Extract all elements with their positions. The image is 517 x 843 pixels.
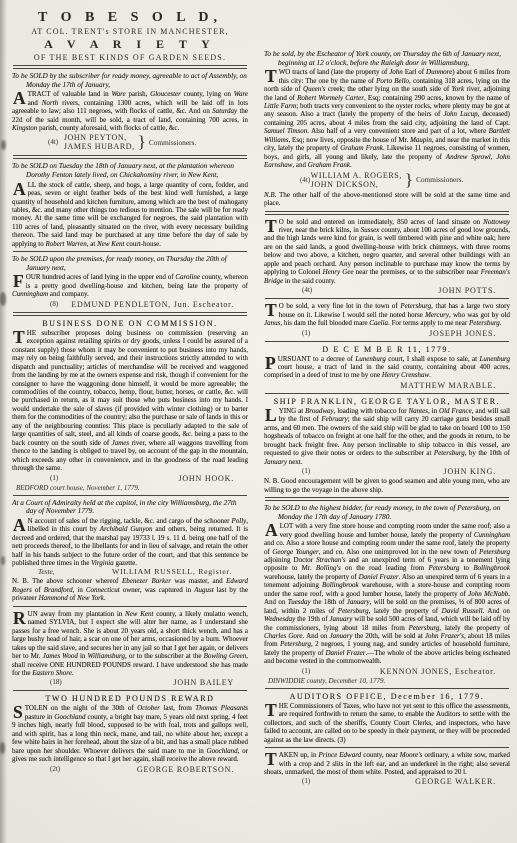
section-divider	[265, 497, 509, 501]
signature-line: MATTHEW MARABLE.	[264, 380, 510, 390]
ad-body: TAKEN up, in Prince Edward county, near …	[264, 751, 510, 776]
ad-text: LL the stock of cattle, sheep, and hogs,…	[12, 181, 248, 248]
newspaper-page: T O B E S O L D, AT COL. TRENT's STORE I…	[0, 0, 517, 843]
ad-text: HE Commissioners of Taxes, who have not …	[264, 702, 510, 744]
dateline: DINWIDDIE county, December 10, 1779.	[264, 677, 510, 685]
left-column: T O B E S O L D, AT COL. TRENT's STORE I…	[12, 6, 248, 787]
signature-name: GEORGE WALKER.	[415, 777, 496, 786]
section-divider	[265, 393, 509, 394]
ink-smudge	[0, 742, 5, 754]
ad-ship-franklin: SHIP FRANKLIN, GEORGE TAYLOR, MASTER. LY…	[264, 397, 510, 494]
signature-name: JOHN BAILEY	[173, 678, 234, 687]
signature-line: (2t) GEORGE ROBERTSON.	[12, 764, 248, 774]
ad-intro: To be SOLD on Tuesday the 18th of Januar…	[12, 162, 248, 179]
ad-body: PURSUANT to a decree of Lunenburg court,…	[264, 355, 510, 380]
ad-heading: AUDITORS OFFICE, December 16, 1779.	[264, 692, 510, 701]
signature-name: JAMES HUBARD,	[64, 142, 135, 151]
section-divider	[13, 606, 247, 607]
section-divider	[13, 690, 247, 691]
signature-name: EDMUND PENDLETON, Jun. Escheator.	[71, 300, 234, 309]
ad-york-escheator: To be sold, by the Escheator of York cou…	[264, 50, 510, 208]
ad-gloucester-land: To be SOLD by the subscriber for ready m…	[12, 72, 248, 152]
ad-intro: To be SOLD to the highest bidder, for re…	[264, 504, 510, 521]
ad-body: LYING at Broadway, loading with tobacco …	[264, 407, 510, 466]
signature-line: (1) GEORGE WALKER.	[264, 776, 510, 786]
ink-smudge	[1, 556, 5, 565]
signature-name: JOHN DICKSON,	[311, 180, 379, 189]
ad-lunenburg-decree: D E C E M B E R 11, 1779. PURSUANT to a …	[264, 345, 510, 390]
insertion-mark: (1)	[302, 467, 310, 475]
section-divider	[265, 211, 509, 215]
ad-text: UN away from my plantation in New Kent c…	[12, 610, 248, 677]
signature-name: JOHN HOOK.	[178, 474, 234, 483]
insertion-mark: (1)	[302, 667, 310, 675]
drop-cap: T	[12, 329, 27, 345]
signature-line: (4t) JOHN POTTS.	[264, 285, 510, 295]
teste-line: Teste, WILLIAM RUSSELL, Register.	[12, 567, 248, 576]
drop-cap: S	[12, 704, 25, 720]
register-name: WILLIAM RUSSELL, Register.	[112, 567, 232, 576]
ad-body: TO be sold, a very fine lot in the town …	[264, 302, 510, 327]
signature-commissioners: (4t) WILLIAM A. ROGERS, JOHN DICKSON, } …	[264, 170, 510, 190]
columns: T O B E S O L D, AT COL. TRENT's STORE I…	[0, 0, 517, 787]
drop-cap: A	[12, 181, 28, 197]
signature-name: GEORGE ROBERTSON.	[137, 765, 234, 774]
signature-name: KENNON JONES, Escheator.	[380, 667, 496, 676]
insertion-mark: (1)	[302, 777, 310, 785]
brace-glyph: }	[138, 135, 146, 149]
drop-cap: T	[264, 218, 279, 234]
ad-taken-up-sow: TAKEN up, in Prince Edward county, near …	[264, 751, 510, 786]
teste-label: Teste,	[38, 567, 55, 576]
signature-line: (8) EDMUND PENDLETON, Jun. Escheator.	[12, 299, 248, 309]
signature-commissioners: (4t) JOHN PEYTON, JAMES HUBARD, } Commis…	[12, 132, 248, 152]
ad-text: OUR hundred acres of land lying in the u…	[12, 273, 248, 298]
ad-body: ALL the stock of cattle, sheep, and hogs…	[12, 181, 248, 249]
signature-line: (1) JOSEPH JONES.	[264, 328, 510, 338]
ad-text: YING at Broadway, loading with tobacco f…	[264, 407, 510, 466]
section-divider	[13, 65, 247, 69]
signature-role: Commissioners.	[416, 175, 463, 184]
ad-fenton-plantation: To be SOLD on Tuesday the 18th of Januar…	[12, 162, 248, 248]
drop-cap: T	[264, 302, 279, 318]
ad-heading: SHIP FRANKLIN, GEORGE TAYLOR, MASTER.	[264, 397, 510, 406]
ad-text: TOLEN on the night of the 30th of Octobe…	[12, 704, 248, 763]
drop-cap: A	[12, 90, 28, 106]
drop-cap: R	[12, 610, 28, 626]
ad-admiralty-court: At a Court of Admiralty held at the capi…	[12, 499, 248, 603]
signature-names: JOHN PEYTON, JAMES HUBARD,	[64, 133, 135, 151]
ad-text: O be sold and entered on immediately, 85…	[264, 218, 510, 285]
ad-auditors-office: AUDITORS OFFICE, December 16, 1779. THE …	[264, 692, 510, 744]
ad-text: TRACT of valuable land in Ware parish, G…	[12, 90, 248, 132]
masthead-variety: A V A R I E T Y	[12, 37, 248, 52]
masthead-title: T O B E S O L D,	[12, 10, 248, 26]
ad-text: WO tracts of land (late the property of …	[264, 68, 510, 169]
signature-line: (1) JOHN KING.	[264, 466, 510, 476]
ad-text: O be sold, a very fine lot in the town o…	[264, 302, 510, 327]
masthead-garden-seeds: T O B E S O L D, AT COL. TRENT's STORE I…	[12, 10, 248, 62]
masthead-kinds: OF THE BEST KINDS OF GARDEN SEEDS.	[12, 53, 248, 62]
insertion-mark: (8)	[50, 300, 58, 308]
right-column: To be sold, by the Escheator of York cou…	[264, 6, 510, 787]
ad-petersburg-lot: TO be sold, a very fine lot in the town …	[264, 302, 510, 337]
signature-names: WILLIAM A. ROGERS, JOHN DICKSON,	[311, 171, 402, 189]
dateline: BEDFORD court house, November 1, 1779.	[12, 484, 248, 492]
drop-cap: F	[12, 273, 26, 289]
signature-name: JOHN POTTS.	[438, 286, 496, 295]
insertion-mark: (18)	[50, 678, 62, 686]
section-divider	[265, 298, 509, 299]
ad-heading: TWO HUNDRED POUNDS REWARD	[12, 694, 248, 703]
ad-text: LOT with a very fine store house and com…	[264, 522, 510, 665]
drop-cap: A	[264, 522, 280, 538]
masthead-subtitle: AT COL. TRENT's STORE IN MANCHESTER,	[12, 27, 248, 36]
ad-sussex-land: TO be sold and entered on immediately, 8…	[264, 218, 510, 296]
signature-name: MATTHEW MARABLE.	[400, 381, 496, 390]
ad-intro: At a Court of Admiralty held at the capi…	[12, 499, 248, 516]
section-divider	[265, 688, 509, 689]
ad-text: AKEN up, in Prince Edward county, near M…	[264, 751, 510, 776]
insertion-mark: (2t)	[50, 765, 60, 773]
signature-line: (1) JOHN HOOK.	[12, 473, 248, 483]
ad-caroline-land: To be SOLD upon the premises, for ready …	[12, 255, 248, 309]
section-divider	[265, 341, 509, 342]
ad-heading: BUSINESS DONE ON COMMISSION.	[12, 319, 248, 328]
insertion-mark: (1)	[50, 474, 58, 482]
ad-text: HE subscriber proposes doing business on…	[12, 329, 248, 472]
insertion-mark: (4t)	[300, 176, 310, 184]
ad-stolen-mare: TWO HUNDRED POUNDS REWARD STOLEN on the …	[12, 694, 248, 773]
drop-cap: T	[264, 702, 279, 718]
insertion-mark: (1)	[302, 329, 310, 337]
ad-body: THE Commissioners of Taxes, who have not…	[264, 702, 510, 744]
drop-cap: T	[264, 68, 279, 84]
signature-line: (18) JOHN BAILEY	[12, 677, 248, 687]
ad-runaway-sylvia: RUN away from my plantation in New Kent …	[12, 610, 248, 688]
ad-heading: D E C E M B E R 11, 1779.	[264, 345, 510, 354]
ad-text: URSUANT to a decree of Lunenburg court, …	[264, 355, 510, 380]
ad-intro: To be SOLD upon the premises, for ready …	[12, 255, 248, 272]
ad-body: ALOT with a very fine store house and co…	[264, 522, 510, 666]
ad-body: FOUR hundred acres of land lying in the …	[12, 273, 248, 298]
signature-name: JOHN PEYTON,	[64, 133, 127, 142]
signature-name: JOSEPH JONES.	[429, 329, 496, 338]
drop-cap: P	[264, 355, 278, 371]
section-divider	[265, 747, 509, 748]
ad-petersburg-escheat-sale: To be SOLD to the highest bidder, for re…	[264, 504, 510, 685]
drop-cap: A	[12, 517, 28, 533]
ad-body: TO be sold and entered on immediately, 8…	[264, 218, 510, 286]
nota-bene: N.B. The other half of the above-mention…	[264, 191, 510, 208]
brace-glyph: }	[405, 173, 413, 187]
ink-smudge	[1, 140, 6, 150]
ad-commission-business: BUSINESS DONE ON COMMISSION. THE subscri…	[12, 319, 248, 492]
ad-intro: To be SOLD by the subscriber for ready m…	[12, 72, 248, 89]
ad-body: RUN away from my plantation in New Kent …	[12, 610, 248, 678]
signature-name: WILLIAM A. ROGERS,	[311, 171, 402, 180]
nota-bene: N. B. The above schooner whereof Ebeneze…	[12, 577, 248, 602]
ad-body: THE subscriber proposes doing business o…	[12, 329, 248, 473]
ad-body: STOLEN on the night of the 30th of Octob…	[12, 704, 248, 763]
signature-role: Commissioners.	[149, 138, 196, 147]
section-divider	[13, 251, 247, 252]
insertion-mark: (4t)	[48, 138, 58, 146]
signature-line: (1) KENNON JONES, Escheator.	[264, 666, 510, 676]
drop-cap: T	[264, 751, 279, 767]
ink-smudge	[0, 292, 6, 306]
ad-text: N account of sales of the rigging, tackl…	[12, 517, 248, 567]
nota-bene: N. B. Good encouragement will be given t…	[264, 477, 510, 494]
ad-body: TWO tracts of land (late the property of…	[264, 68, 510, 169]
signature-name: JOHN KING.	[444, 467, 496, 476]
section-divider	[13, 495, 247, 496]
insertion-mark: (4t)	[302, 286, 312, 294]
section-divider	[13, 312, 247, 316]
section-divider	[13, 155, 247, 159]
ad-body: ATRACT of valuable land in Ware parish, …	[12, 90, 248, 132]
drop-cap: L	[264, 407, 279, 423]
ad-intro: To be sold, by the Escheator of York cou…	[264, 50, 510, 67]
ad-body: AN account of sales of the rigging, tack…	[12, 517, 248, 568]
